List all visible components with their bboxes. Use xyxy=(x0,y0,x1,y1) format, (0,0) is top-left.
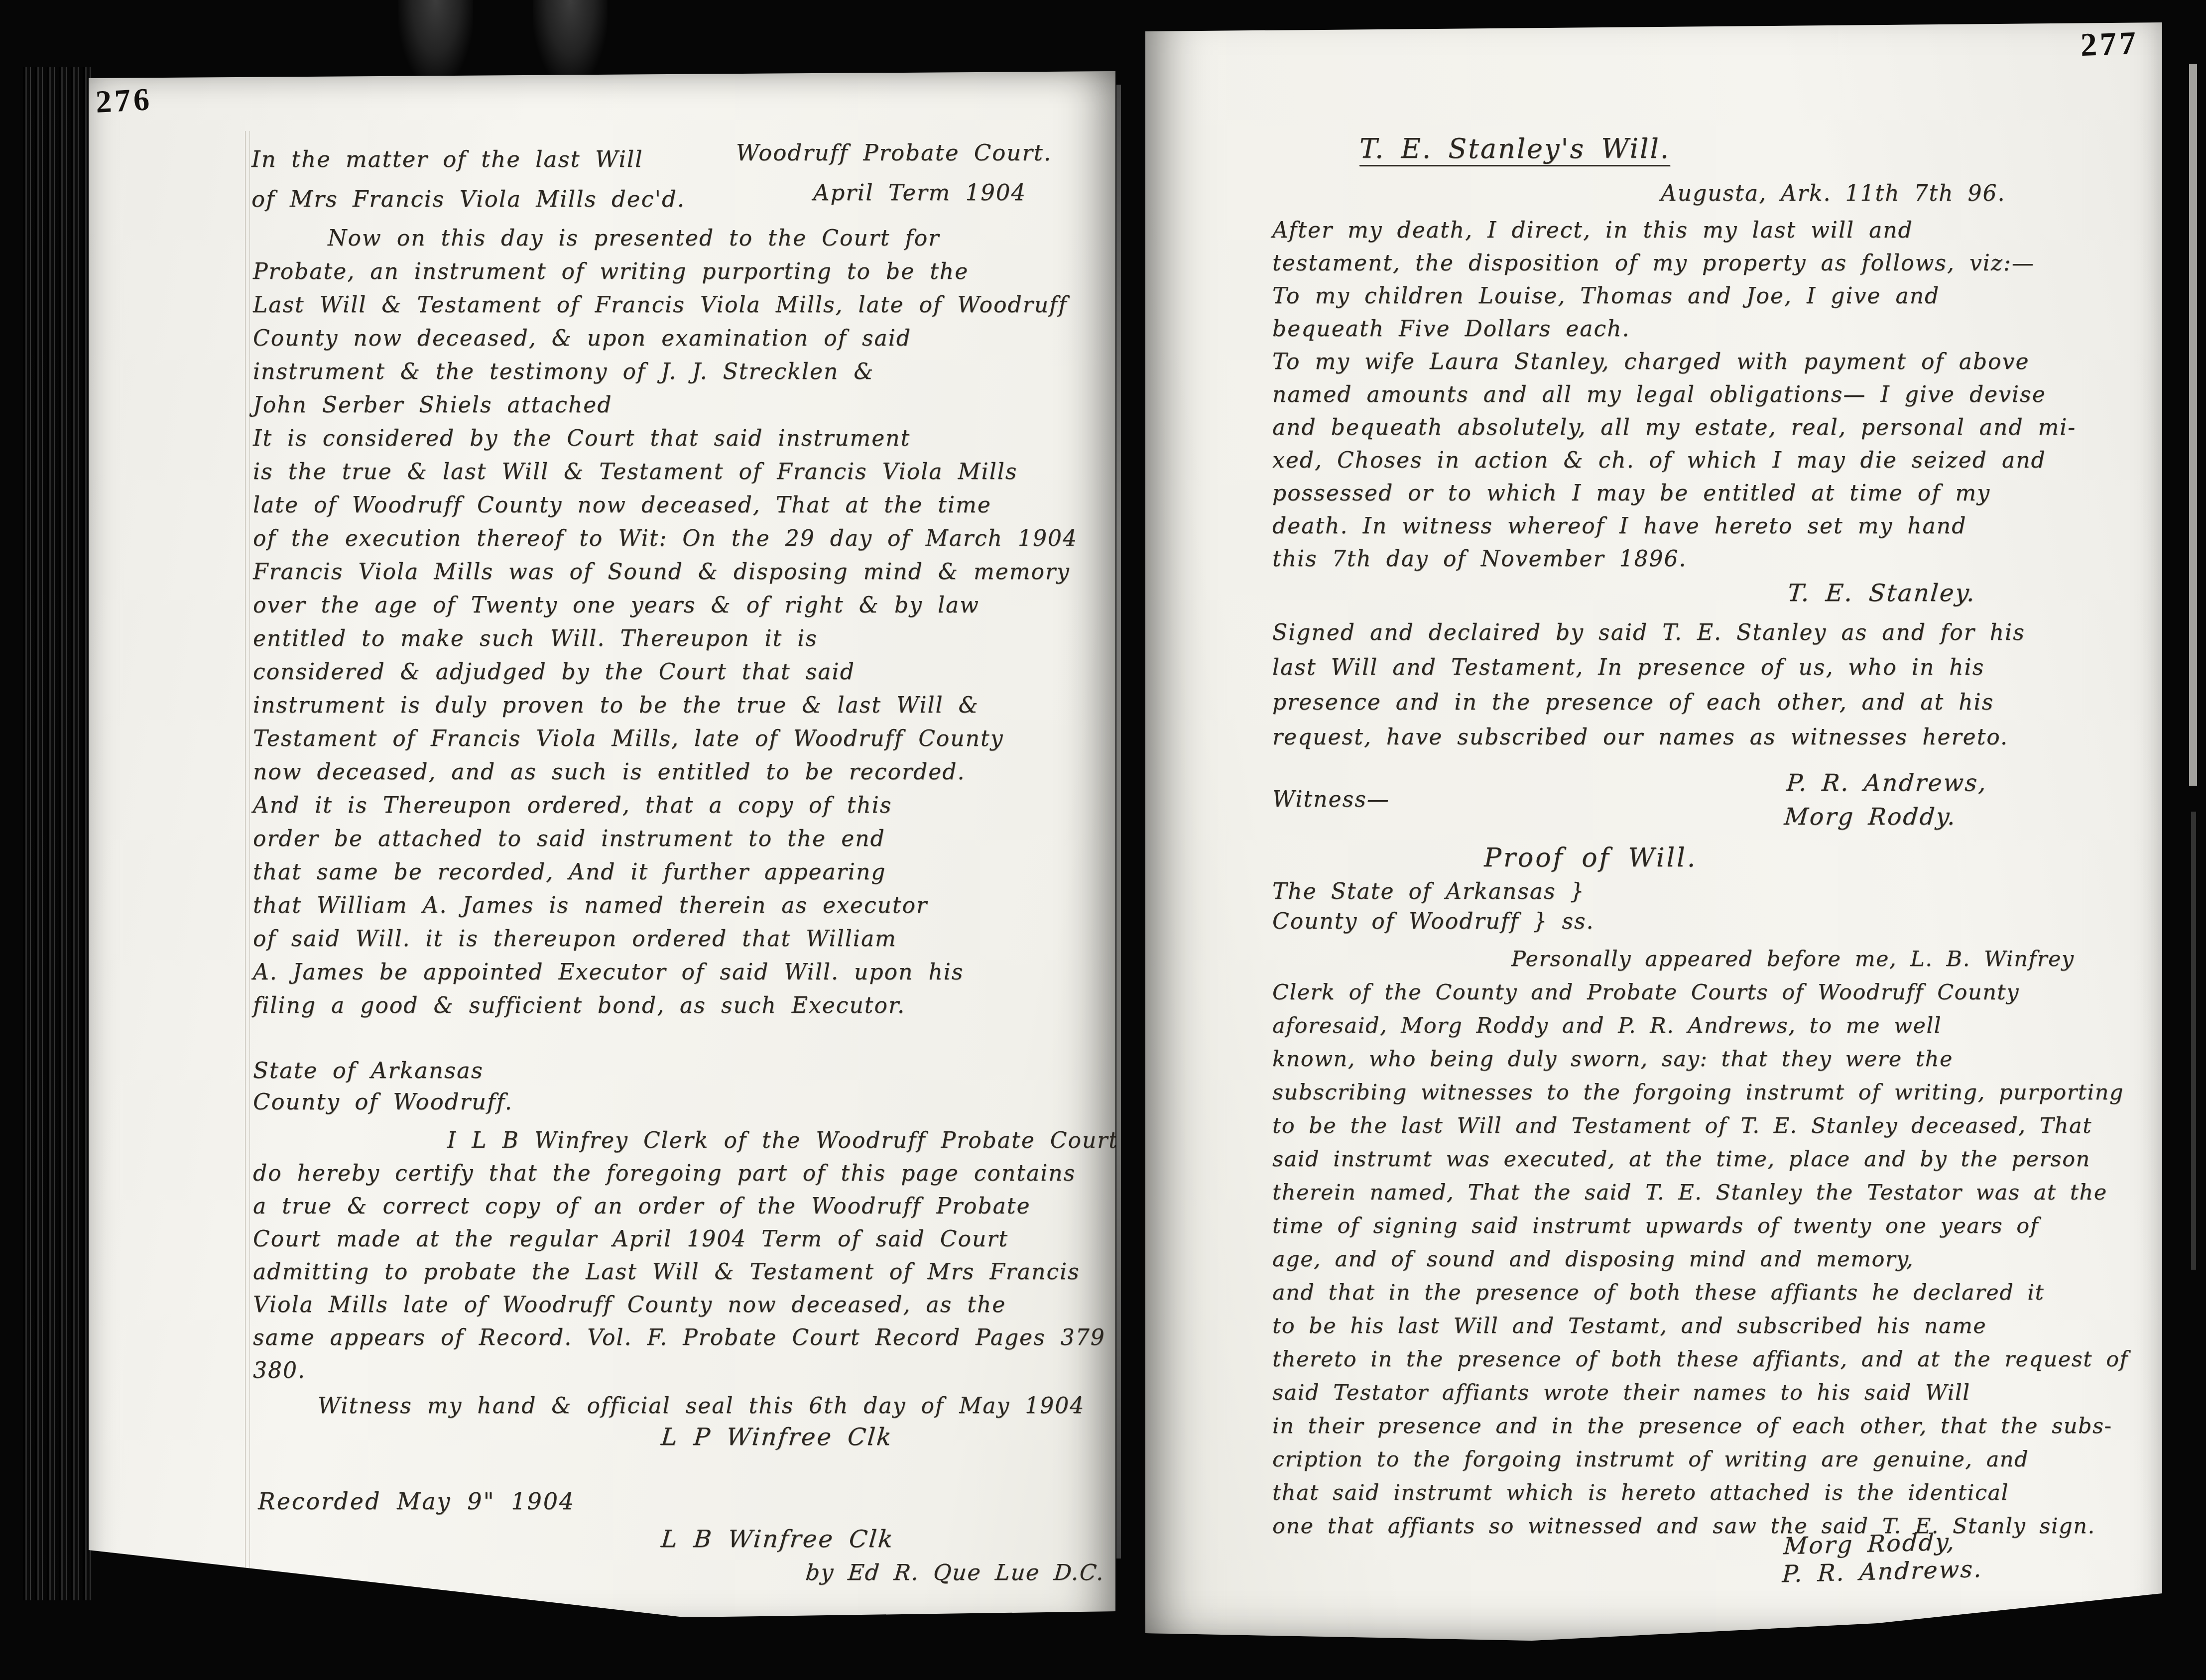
handwritten-line: County of Woodruff. xyxy=(253,1088,513,1120)
clerk-certificate-text: I L B Winfrey Clerk of the Woodruff Prob… xyxy=(253,1128,1119,1391)
handwritten-line: Court made at the regular April 1904 Ter… xyxy=(253,1226,1119,1259)
handwritten-line: Clerk of the County and Probate Courts o… xyxy=(1272,980,2099,1013)
handwritten-line: late of Woodruff County now deceased, Th… xyxy=(253,492,1119,526)
handwritten-line: considered & adjudged by the Court that … xyxy=(253,659,1119,693)
handwritten-line: aforesaid, Morg Roddy and P. R. Andrews,… xyxy=(1272,1013,2099,1047)
witness-signature: P. R. Andrews. xyxy=(1782,1556,1983,1589)
proof-of-will-text: Personally appeared before me, L. B. Win… xyxy=(1272,947,2099,1547)
handwritten-line: I L B Winfrey Clerk of the Woodruff Prob… xyxy=(253,1128,1119,1161)
handwritten-line: thereto in the presence of both these af… xyxy=(1272,1347,2099,1380)
handwritten-line: do hereby certify that the foregoing par… xyxy=(253,1161,1119,1194)
handwritten-line: Signed and declaired by said T. E. Stanl… xyxy=(1272,620,2094,655)
handwritten-line: xed, Choses in action & ch. of which I m… xyxy=(1272,448,2094,480)
handwritten-line: subscribing witnesses to the forgoing in… xyxy=(1272,1080,2099,1113)
handwritten-line: filing a good & sufficient bond, as such… xyxy=(253,993,1119,1026)
handwritten-line: that same be recorded, And it further ap… xyxy=(253,859,1119,893)
book-clamp-shadow xyxy=(398,0,473,85)
testator-signature: T. E. Stanley. xyxy=(1787,579,1977,607)
handwritten-line: Last Will & Testament of Francis Viola M… xyxy=(253,292,1119,326)
witness-label: Witness— xyxy=(1272,787,1390,812)
handwritten-line: of Mrs Francis Viola Mills dec'd. xyxy=(251,186,685,226)
handwritten-line: age, and of sound and disposing mind and… xyxy=(1272,1247,2099,1280)
case-caption-left: In the matter of the last Will of Mrs Fr… xyxy=(251,146,685,226)
will-dateline: Augusta, Ark. 11th 7th 96. xyxy=(1661,181,2006,206)
handwritten-line: therein named, That the said T. E. Stanl… xyxy=(1272,1180,2099,1213)
handwritten-line: said instrumt was executed, at the time,… xyxy=(1272,1147,2099,1180)
handwritten-line: death. In witness whereof I have hereto … xyxy=(1272,513,2094,546)
book-gutter-fold xyxy=(1116,85,1121,1559)
page-number-right: 277 xyxy=(2080,24,2140,64)
left-page: 276 In the matter of the last Will of Mr… xyxy=(89,71,1115,1617)
proof-venue: The State of Arkansas } County of Woodru… xyxy=(1272,879,1594,939)
will-body-text: After my death, I direct, in this my las… xyxy=(1272,218,2094,579)
margin-rule xyxy=(245,131,250,1602)
handwritten-line: that William A. James is named therein a… xyxy=(253,893,1119,926)
affiant-signatures: Morg Roddy, P. R. Andrews. xyxy=(1782,1528,1985,1589)
handwritten-line: order be attached to said instrument to … xyxy=(253,826,1119,859)
will-title: T. E. Stanley's Will. xyxy=(1359,133,1670,164)
handwritten-line: possessed or to which I may be entitled … xyxy=(1272,480,2094,513)
handwritten-line: It is considered by the Court that said … xyxy=(253,426,1119,459)
handwritten-line: to be the last Will and Testament of T. … xyxy=(1272,1113,2099,1147)
handwritten-line: and that in the presence of both these a… xyxy=(1272,1280,2099,1314)
probate-order-text: Now on this day is presented to the Cour… xyxy=(253,226,1119,1026)
handwritten-line: and bequeath absolutely, all my estate, … xyxy=(1272,415,2094,448)
handwritten-line: last Will and Testament, In presence of … xyxy=(1272,655,2094,690)
handwritten-line: named amounts and all my legal obligatio… xyxy=(1272,382,2094,415)
clerk-signature: L B Winfree Clk xyxy=(660,1525,895,1553)
page-number-left: 276 xyxy=(95,81,153,120)
handwritten-line: Francis Viola Mills was of Sound & dispo… xyxy=(253,559,1119,593)
handwritten-line: 380. xyxy=(253,1358,1119,1391)
handwritten-line: State of Arkansas xyxy=(253,1057,513,1088)
right-page: 277 T. E. Stanley's Will. Augusta, Ark. … xyxy=(1145,22,2162,1641)
handwritten-line: In the matter of the last Will xyxy=(251,146,685,186)
case-caption-right: Woodruff Probate Court. April Term 1904 xyxy=(736,139,1052,219)
handwritten-line: instrument is duly proven to be the true… xyxy=(253,693,1119,726)
handwritten-line: To my wife Laura Stanley, charged with p… xyxy=(1272,349,2094,382)
book-edge-pages-texture xyxy=(23,67,91,1600)
handwritten-line: presence and in the presence of each oth… xyxy=(1272,690,2094,724)
handwritten-line: same appears of Record. Vol. F. Probate … xyxy=(253,1325,1119,1358)
next-page-edge xyxy=(2191,812,2196,1270)
attestation-text: Signed and declaired by said T. E. Stanl… xyxy=(1272,620,2094,759)
book-clamp-shadow xyxy=(533,0,608,85)
handwritten-line: testament, the disposition of my propert… xyxy=(1272,250,2094,283)
handwritten-line: instrument & the testimony of J. J. Stre… xyxy=(253,359,1119,392)
handwritten-line: Personally appeared before me, L. B. Win… xyxy=(1272,947,2099,980)
handwritten-line: County of Woodruff } ss. xyxy=(1272,909,1594,939)
handwritten-line: Viola Mills late of Woodruff County now … xyxy=(253,1292,1119,1325)
handwritten-line: this 7th day of November 1896. xyxy=(1272,546,2094,579)
handwritten-line: And it is Thereupon ordered, that a copy… xyxy=(253,793,1119,826)
handwritten-line: of said Will. it is thereupon ordered th… xyxy=(253,926,1119,960)
clerk-signature: L P Winfree Clk xyxy=(660,1423,894,1451)
handwritten-line: in their presence and in the presence of… xyxy=(1272,1414,2099,1447)
handwritten-line: County now deceased, & upon examination … xyxy=(253,326,1119,359)
handwritten-line: Testament of Francis Viola Mills, late o… xyxy=(253,726,1119,759)
handwritten-line: entitled to make such Will. Thereupon it… xyxy=(253,626,1119,659)
witness-signatures: P. R. Andrews, Morg Roddy. xyxy=(1783,769,1988,837)
handwritten-line: A. James be appointed Executor of said W… xyxy=(253,960,1119,993)
handwritten-line: Now on this day is presented to the Cour… xyxy=(253,226,1119,259)
handwritten-line: request, have subscribed our names as wi… xyxy=(1272,724,2094,759)
handwritten-line: After my death, I direct, in this my las… xyxy=(1272,218,2094,250)
handwritten-line: now deceased, and as such is entitled to… xyxy=(253,759,1119,793)
witness-signature: P. R. Andrews, xyxy=(1785,769,1988,803)
handwritten-line: bequeath Five Dollars each. xyxy=(1272,316,2094,349)
handwritten-line: To my children Louise, Thomas and Joe, I… xyxy=(1272,283,2094,316)
handwritten-line: John Serber Shiels attached xyxy=(253,392,1119,426)
handwritten-line: known, who being duly sworn, say: that t… xyxy=(1272,1047,2099,1080)
handwritten-line: of the execution thereof to Wit: On the … xyxy=(253,526,1119,559)
certificate-venue: State of Arkansas County of Woodruff. xyxy=(253,1057,513,1120)
handwritten-line: over the age of Twenty one years & of ri… xyxy=(253,593,1119,626)
handwritten-line: April Term 1904 xyxy=(813,179,1052,219)
witness-signature: Morg Roddy. xyxy=(1783,803,1986,837)
handwritten-line: a true & correct copy of an order of the… xyxy=(253,1194,1119,1226)
handwritten-line: is the true & last Will & Testament of F… xyxy=(253,459,1119,492)
attestation-clause: Witness my hand & official seal this 6th… xyxy=(318,1393,1085,1419)
deputy-clerk-signature: by Ed R. Que Lue D.C. xyxy=(805,1560,1106,1585)
handwritten-line: cription to the forgoing instrumt of wri… xyxy=(1272,1447,2099,1480)
handwritten-line: admitting to probate the Last Will & Tes… xyxy=(253,1259,1119,1292)
handwritten-line: The State of Arkansas } xyxy=(1272,879,1594,909)
proof-of-will-heading: Proof of Will. xyxy=(1484,843,1697,873)
handwritten-line: Probate, an instrument of writing purpor… xyxy=(253,259,1119,292)
recorded-date: Recorded May 9" 1904 xyxy=(258,1488,575,1515)
handwritten-line: that said instrumt which is hereto attac… xyxy=(1272,1480,2099,1514)
next-page-edge xyxy=(2189,64,2197,786)
handwritten-line: time of signing said instrumt upwards of… xyxy=(1272,1213,2099,1247)
handwritten-line: to be his last Will and Testamt, and sub… xyxy=(1272,1314,2099,1347)
book-scan: { "left": { "page_number": "276", "capti… xyxy=(0,0,2206,1680)
handwritten-line: Woodruff Probate Court. xyxy=(736,139,1052,179)
handwritten-line: said Testator affiants wrote their names… xyxy=(1272,1380,2099,1414)
